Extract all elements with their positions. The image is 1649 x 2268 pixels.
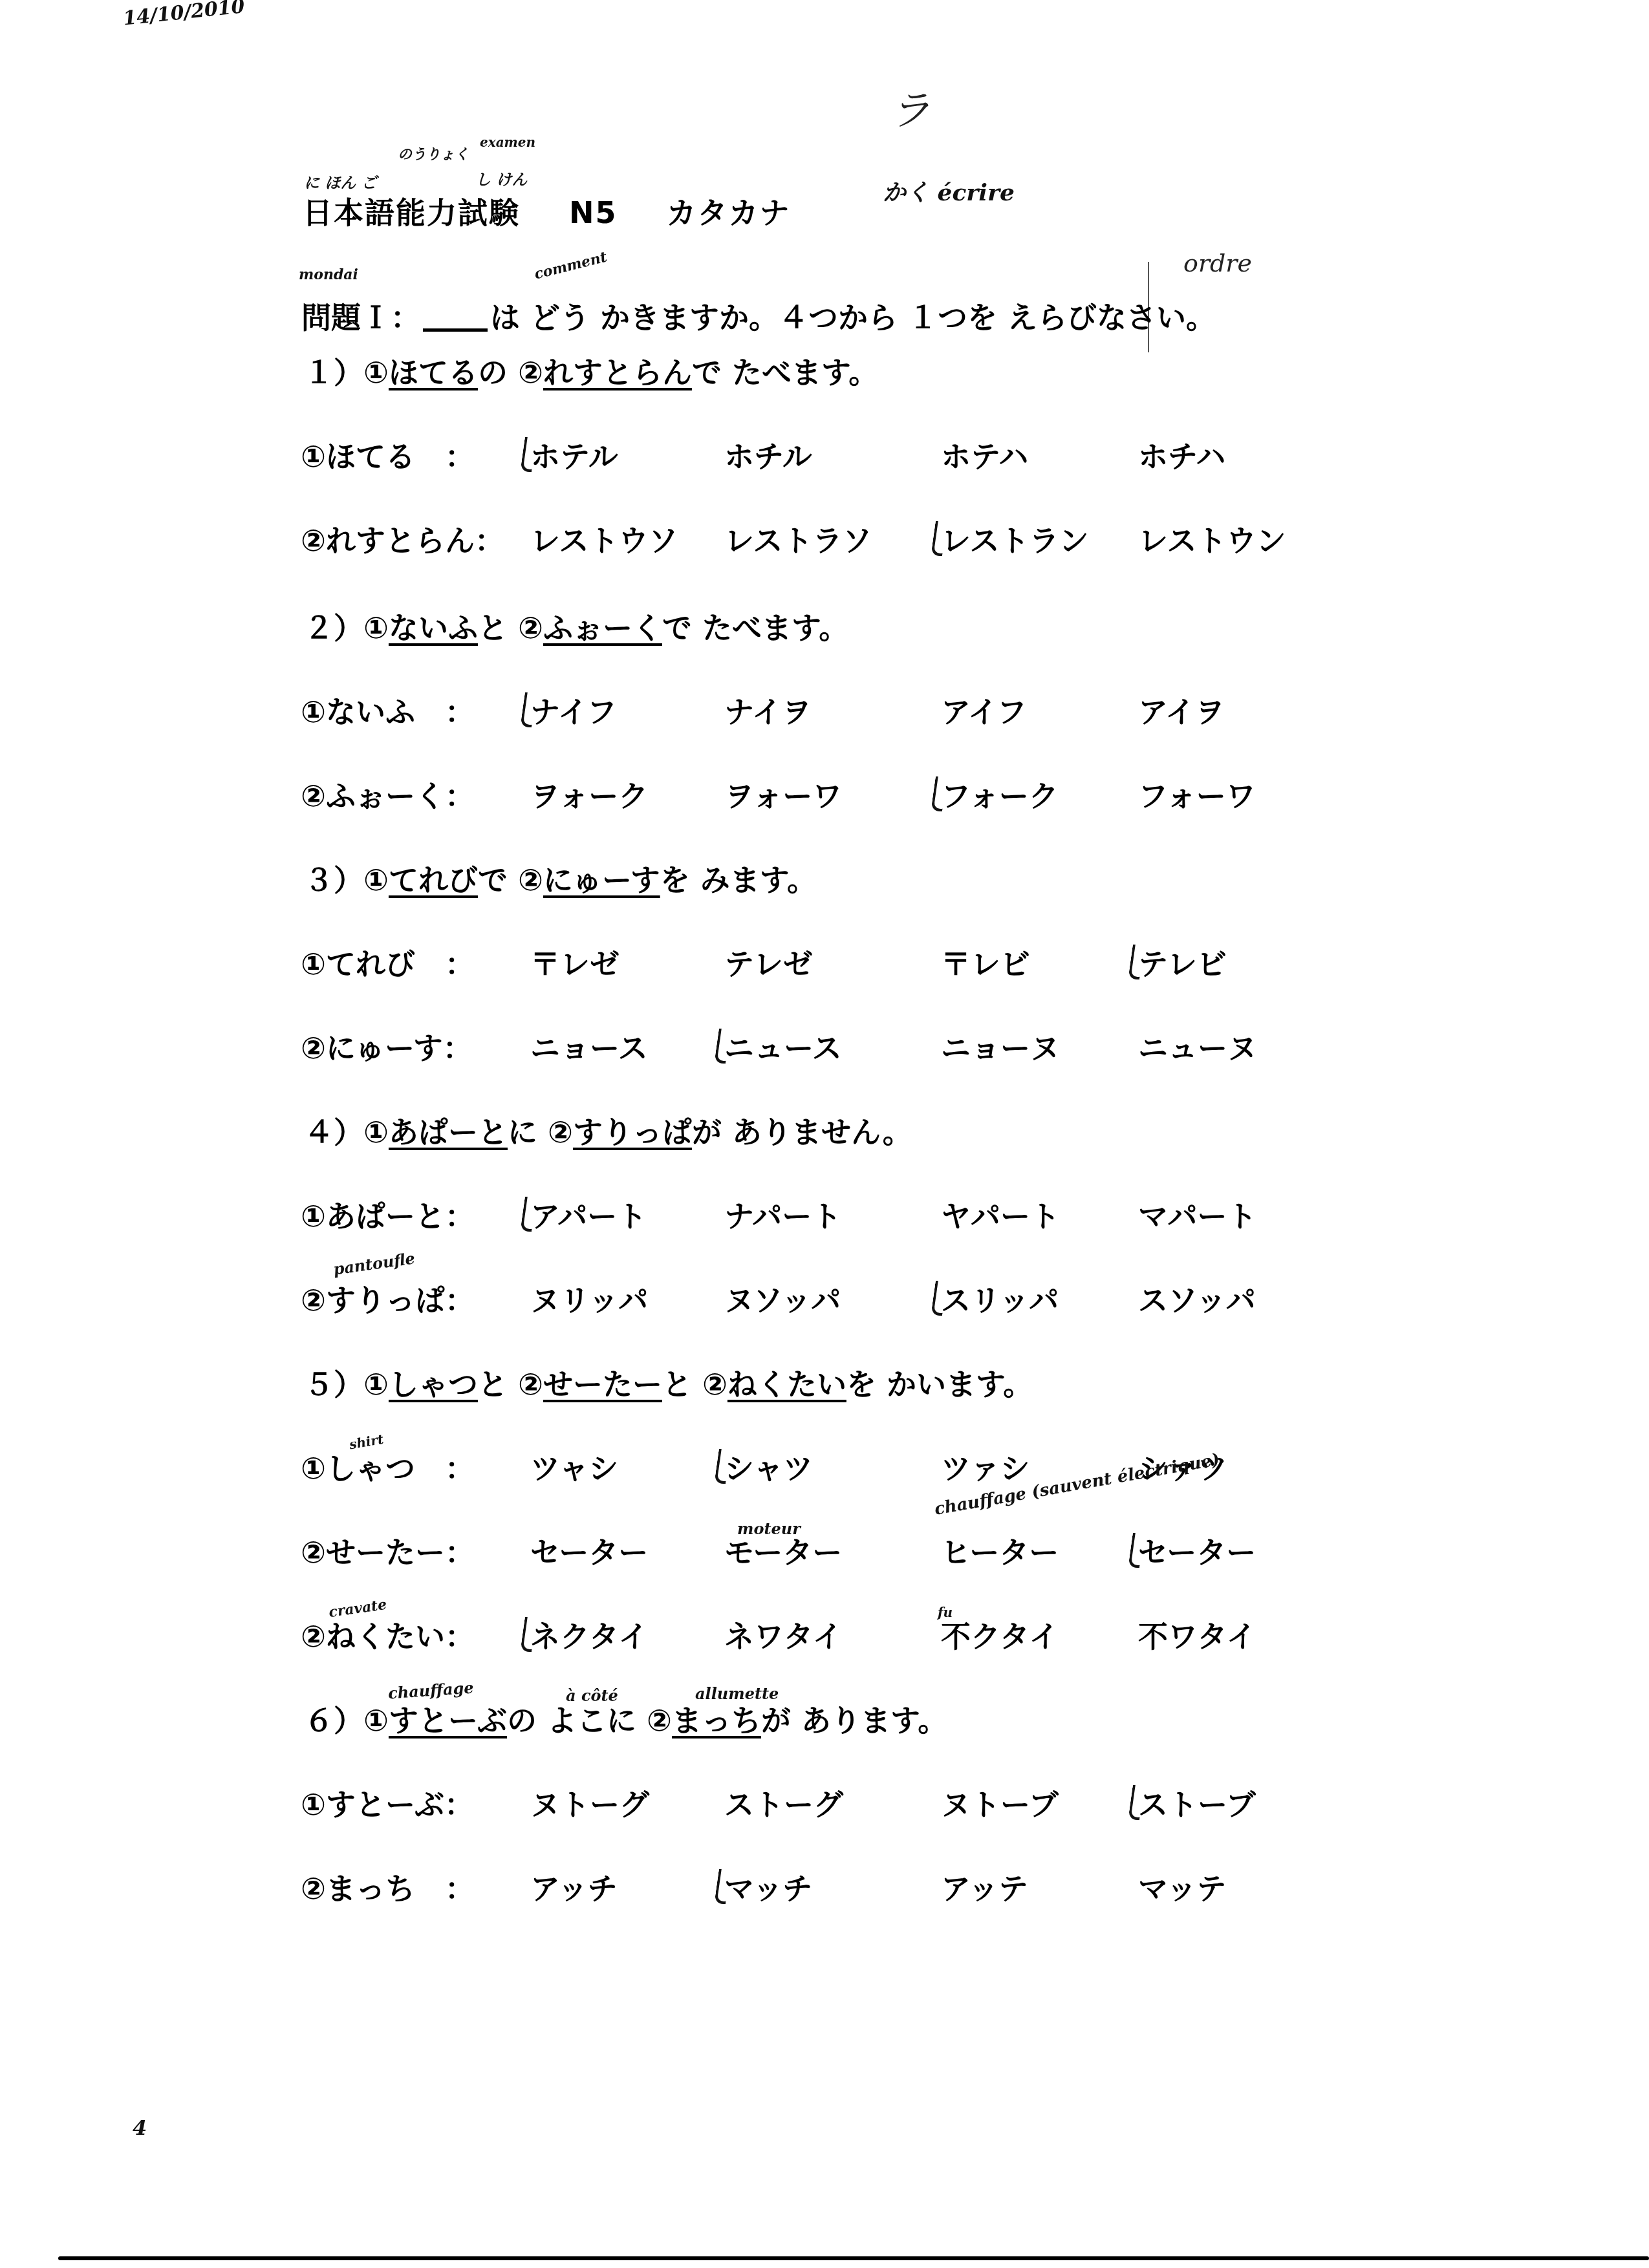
question-text: が ありません。 xyxy=(692,1115,912,1150)
page-mark: 4 xyxy=(133,2115,147,2140)
furigana-noryoku: のうりょく xyxy=(398,144,469,164)
answer-choice-selected[interactable]: レストラン xyxy=(941,517,1089,560)
answer-choice[interactable]: ヌリッパ xyxy=(530,1277,648,1320)
answer-choice[interactable]: マパート xyxy=(1138,1193,1257,1236)
answer-choice[interactable]: アッテ xyxy=(941,1865,1028,1908)
handwritten-fu-note: fu xyxy=(938,1605,953,1620)
answer-choice-selected[interactable]: ニュース xyxy=(724,1025,842,1067)
answer-choice-selected[interactable]: フォーク xyxy=(941,773,1059,815)
answer-choice-selected[interactable]: アパート xyxy=(530,1193,647,1236)
topic-text: カタカナ xyxy=(667,195,791,230)
question-text: ① xyxy=(363,355,389,390)
handwritten-ordre-note: ordre xyxy=(1183,249,1252,277)
answer-row-label: ②ふぉーく： xyxy=(301,773,475,815)
answer-row-label: ①ほてる ： xyxy=(301,433,475,476)
answer-row-label: ①すとーぶ： xyxy=(301,1781,474,1824)
underlined-word: しゃつ xyxy=(389,1367,478,1402)
answer-choice[interactable]: ニョース xyxy=(530,1025,648,1067)
question-text: で たべます。 xyxy=(692,355,878,390)
answer-choice-selected[interactable]: ストーブ xyxy=(1138,1781,1256,1824)
answer-row: ②ふぉーく：ヲォークヲォーワフォークフォーワ xyxy=(301,773,1335,811)
answer-choice[interactable]: ヤパート xyxy=(941,1193,1060,1236)
question-number: ３） xyxy=(304,862,363,897)
answer-choice[interactable]: 〒レゼ xyxy=(530,941,620,983)
question-text: で たべます。 xyxy=(662,610,848,645)
handwritten-mondai-note: mondai xyxy=(299,266,358,283)
question-text: ① xyxy=(363,610,389,645)
answer-choice[interactable]: フォーワ xyxy=(1138,773,1256,815)
instruction-label: 問題Ｉ： xyxy=(301,300,420,335)
underlined-word: ほてる xyxy=(389,355,478,390)
answer-choice[interactable]: ヲォーワ xyxy=(724,773,842,815)
answer-choice[interactable]: ナイヲ xyxy=(724,689,812,731)
answer-choice[interactable]: ツァシ xyxy=(941,1445,1030,1488)
question-1: １）①ほてるの ②れすとらんで たべます。 xyxy=(304,349,878,392)
answer-choice-selected[interactable]: セーター xyxy=(1138,1529,1256,1572)
answer-row: ②にゅーす：ニョースニュースニョーヌニューヌ xyxy=(301,1025,1335,1064)
handwritten-top-kana: ラ xyxy=(889,78,931,137)
question-6: ６）①すとーぶの よこに ②まっちが あります。 xyxy=(304,1697,947,1740)
underlined-word: ないふ xyxy=(389,610,478,645)
question-number: １） xyxy=(304,355,363,390)
handwritten-allumette-note: allumette xyxy=(695,1684,779,1703)
handwritten-examen-note: examen xyxy=(480,134,535,150)
question-text: ① xyxy=(363,1367,389,1402)
answer-row: ①てれび ：〒レゼテレゼ〒レビテレビ xyxy=(301,941,1335,979)
answer-choice[interactable]: レストウソ xyxy=(530,517,678,560)
instruction-text: は どう かきますか。４つから １つを えらびなさい。 xyxy=(490,300,1216,335)
answer-choice-selected[interactable]: ナイフ xyxy=(530,689,616,731)
answer-choice[interactable]: ネワタイ xyxy=(724,1613,843,1656)
answer-choice[interactable]: ヲォーク xyxy=(530,773,648,815)
question-text: の ② xyxy=(478,355,543,390)
underlined-word: せーたー xyxy=(543,1367,662,1402)
page-title: 日本語能力試験 N5 カタカナ xyxy=(303,189,791,232)
answer-choice[interactable]: ヌソッパ xyxy=(724,1277,841,1320)
question-text: を みます。 xyxy=(660,862,817,897)
question-text: で ② xyxy=(478,862,543,897)
question-text: と ② xyxy=(478,610,543,645)
answer-row: ②れすとらん：レストウソレストラソレストランレストウン xyxy=(301,517,1335,556)
answer-row: ①あぱーと：アパートナパートヤパートマパート xyxy=(301,1193,1335,1232)
answer-choice[interactable]: ニューヌ xyxy=(1138,1025,1257,1067)
handwritten-comment-note: comment xyxy=(533,249,609,283)
underlined-word: てれび xyxy=(389,862,478,897)
answer-choice[interactable]: アイフ xyxy=(941,689,1026,731)
answer-choice[interactable]: ホチハ xyxy=(1138,433,1225,476)
answer-choice[interactable]: スソッパ xyxy=(1138,1277,1256,1320)
answer-row-label: ①しゃつ ： xyxy=(301,1445,475,1488)
answer-row-label: ①ないふ ： xyxy=(301,689,475,731)
handwritten-kaku-note: かく écrire xyxy=(883,175,1015,208)
answer-choice[interactable]: ストーグ xyxy=(724,1781,843,1824)
answer-choice[interactable]: ツャシ xyxy=(530,1445,618,1488)
answer-choice[interactable]: アッチ xyxy=(530,1865,618,1908)
question-text: ① xyxy=(363,862,389,897)
answer-choice[interactable]: ニョーヌ xyxy=(941,1025,1060,1067)
question-number: ６） xyxy=(304,1703,363,1738)
handwritten-date: 14/10/2010 xyxy=(122,0,246,30)
answer-choice-selected[interactable]: テレビ xyxy=(1138,941,1227,983)
answer-row-label: ①てれび ： xyxy=(301,941,475,983)
underlined-word: ふぉーく xyxy=(543,610,662,645)
answer-choice[interactable]: ホチル xyxy=(724,433,812,476)
question-4: ４）①あぱーとに ②すりっぱが ありません。 xyxy=(304,1109,912,1151)
question-text: ① xyxy=(363,1115,389,1150)
answer-choice-selected[interactable]: ネクタイ xyxy=(530,1613,648,1656)
question-number: ４） xyxy=(304,1115,363,1150)
answer-row: ①ないふ ：ナイフナイヲアイフアイヲ xyxy=(301,689,1335,727)
answer-choice[interactable]: セーター xyxy=(530,1529,648,1572)
answer-choice[interactable]: ヒーター xyxy=(941,1529,1059,1572)
handwritten-a-cote-note: à côté xyxy=(566,1686,618,1705)
question-text: と ② xyxy=(662,1367,727,1402)
question-number: ２） xyxy=(304,610,363,645)
level-text: N5 xyxy=(569,195,618,230)
answer-choice[interactable]: ヌトーブ xyxy=(941,1781,1059,1824)
answer-row-label: ②まっち ： xyxy=(301,1865,475,1908)
answer-choice-selected[interactable]: マッチ xyxy=(724,1865,812,1908)
answer-choice-selected[interactable]: シャツ xyxy=(724,1445,813,1488)
question-number: ５） xyxy=(304,1367,363,1402)
handwritten-pantoufle-note: pantoufle xyxy=(332,1248,416,1278)
answer-row: ②せーたー：セーターモーターヒーターセーター xyxy=(301,1529,1335,1568)
question-text: の よこに ② xyxy=(507,1703,672,1738)
answer-choice-selected[interactable]: ホテル xyxy=(530,433,618,476)
underlined-word: にゅーす xyxy=(543,862,660,897)
title-text: 日本語能力試験 xyxy=(303,195,520,230)
handwritten-moteur-note: moteur xyxy=(737,1519,801,1538)
answer-choice[interactable]: レストラソ xyxy=(724,517,872,560)
answer-row: ②まっち ：アッチマッチアッテマッテ xyxy=(301,1865,1335,1904)
furigana-shiken: し けん xyxy=(475,167,527,189)
answer-row: ①すとーぶ：ヌトーグストーグヌトーブストーブ xyxy=(301,1781,1335,1820)
blank-line xyxy=(423,303,488,332)
question-text: と ② xyxy=(478,1367,543,1402)
scan-edge-line xyxy=(58,2256,1649,2260)
answer-choice-selected[interactable]: スリッパ xyxy=(941,1277,1059,1320)
question-text: に ② xyxy=(508,1115,573,1150)
question-text: が あります。 xyxy=(761,1703,947,1738)
underlined-word: すとーぶ xyxy=(389,1703,507,1738)
answer-row-label: ①あぱーと： xyxy=(301,1193,475,1236)
answer-row-label: ②れすとらん： xyxy=(301,517,504,560)
answer-row-label: ②せーたー： xyxy=(301,1529,475,1572)
answer-choice[interactable]: ナパート xyxy=(724,1193,841,1236)
answer-row-label: ②ねくたい： xyxy=(301,1613,475,1656)
answer-row-label: ②すりっぱ： xyxy=(301,1277,475,1320)
question-text: ① xyxy=(363,1703,389,1738)
answer-row: ①ほてる ：ホテルホチルホテハホチハ xyxy=(301,433,1335,472)
answer-row: ②すりっぱ：ヌリッパヌソッパスリッパスソッパ xyxy=(301,1277,1335,1316)
underlined-word: すりっぱ xyxy=(573,1115,692,1150)
answer-choice[interactable]: ホテハ xyxy=(941,433,1028,476)
question-3: ３）①てれびで ②にゅーすを みます。 xyxy=(304,857,817,899)
answer-choice[interactable]: 不ワタイ xyxy=(1138,1613,1256,1656)
underlined-word: れすとらん xyxy=(543,355,692,390)
underlined-word: あぱーと xyxy=(389,1115,508,1150)
underlined-word: ねくたい xyxy=(727,1367,846,1402)
answer-choice[interactable]: ヌトーグ xyxy=(530,1781,649,1824)
answer-choice[interactable]: レストウン xyxy=(1138,517,1286,560)
answer-choice[interactable]: アイヲ xyxy=(1138,689,1225,731)
question-text: を かいます。 xyxy=(846,1367,1033,1402)
underlined-word: まっち xyxy=(672,1703,761,1738)
answer-row: ②ねくたい：ネクタイネワタイ不クタイ不ワタイ xyxy=(301,1613,1335,1652)
answer-row-label: ②にゅーす： xyxy=(301,1025,473,1067)
answer-choice[interactable]: マッテ xyxy=(1138,1865,1226,1908)
answer-choice[interactable]: 〒レビ xyxy=(941,941,1030,983)
answer-choice[interactable]: 不クタイ xyxy=(941,1613,1059,1656)
question-2: ２）①ないふと ②ふぉーくで たべます。 xyxy=(304,604,848,647)
instruction: 問題Ｉ：は どう かきますか。４つから １つを えらびなさい。 xyxy=(301,294,1216,337)
question-5: ５）①しゃつと ②せーたーと ②ねくたいを かいます。 xyxy=(304,1361,1033,1404)
answer-choice[interactable]: テレゼ xyxy=(724,941,813,983)
